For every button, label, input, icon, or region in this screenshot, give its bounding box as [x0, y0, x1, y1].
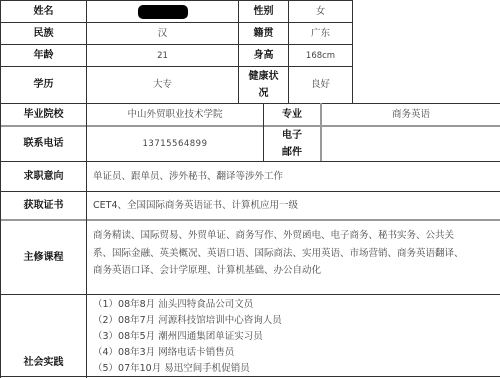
school-label: 毕业院校 [1, 104, 86, 125]
health-label: 健康状 况 [239, 67, 288, 103]
practice-item: （5）07年10月 易迅空间手机促销员 [93, 361, 494, 376]
name-value [87, 1, 238, 22]
education-value: 大专 [87, 67, 238, 103]
courses-value: 商务精读、国际贸易、外贸单证、商务写作、外贸函电、电子商务、秘书实务、公共关 系… [87, 221, 500, 294]
email-label-line1: 电子 [282, 127, 302, 144]
courses-label: 主修课程 [1, 221, 86, 294]
email-label-line2: 邮件 [282, 144, 302, 161]
email-label: 电子 邮件 [264, 127, 320, 161]
phone-label: 联系电话 [1, 127, 86, 161]
table-border [0, 376, 500, 377]
gender-label: 性别 [239, 1, 288, 22]
age-label: 年龄 [1, 45, 86, 66]
major-value: 商务英语 [322, 104, 500, 125]
email-value [322, 127, 500, 161]
native-place-label: 籍贯 [239, 23, 288, 44]
age-value: 21 [87, 45, 238, 66]
health-label-line2: 况 [259, 85, 269, 102]
job-intention-label: 求职意向 [1, 162, 86, 191]
name-label: 姓名 [1, 1, 86, 22]
redacted-name [138, 5, 188, 19]
practice-item: （4）08年3月 网络电话卡销售员 [93, 345, 494, 361]
health-value: 良好 [289, 67, 352, 103]
health-label-line1: 健康状 [249, 68, 279, 85]
practice-item: （2）08年7月 河源科技馆培训中心咨询人员 [93, 313, 494, 329]
practice-item: （1）08年8月 汕头四特食品公司文员 [93, 297, 494, 313]
certificates-value: CET4、全国国际商务英语证书、计算机应用一级 [87, 192, 500, 219]
phone-value: 13715564899 [87, 127, 263, 161]
practice-item: （3）08年5月 潮州四通集团单证实习员 [93, 329, 494, 345]
school-value: 中山外贸职业技术学院 [87, 104, 263, 125]
ethnicity-value: 汉 [87, 23, 238, 44]
education-label: 学历 [1, 67, 86, 103]
practice-label: 社会实践 [1, 295, 86, 376]
practice-list: （1）08年8月 汕头四特食品公司文员 （2）08年7月 河源科技馆培训中心咨询… [87, 295, 500, 376]
gender-value: 女 [289, 1, 352, 22]
job-intention-value: 单证员、跟单员、涉外秘书、翻译等涉外工作 [87, 162, 500, 191]
major-label: 专业 [264, 104, 320, 125]
certificates-label: 获取证书 [1, 192, 86, 219]
height-label: 身高 [239, 45, 288, 66]
course-line: 商务精读、国际贸易、外贸单证、商务写作、外贸函电、电子商务、秘书实务、公共关 [93, 227, 494, 245]
ethnicity-label: 民族 [1, 23, 86, 44]
native-place-value: 广东 [289, 23, 352, 44]
course-line: 系、国际金融、英美概况、英语口语、国际商法、实用英语、市场营销、商务英语翻译、 [93, 245, 494, 263]
height-value: 168cm [289, 45, 352, 66]
table-border [352, 0, 353, 103]
course-line: 商务英语口译、会计学原理、计算机基础、办公自动化 [93, 262, 494, 280]
